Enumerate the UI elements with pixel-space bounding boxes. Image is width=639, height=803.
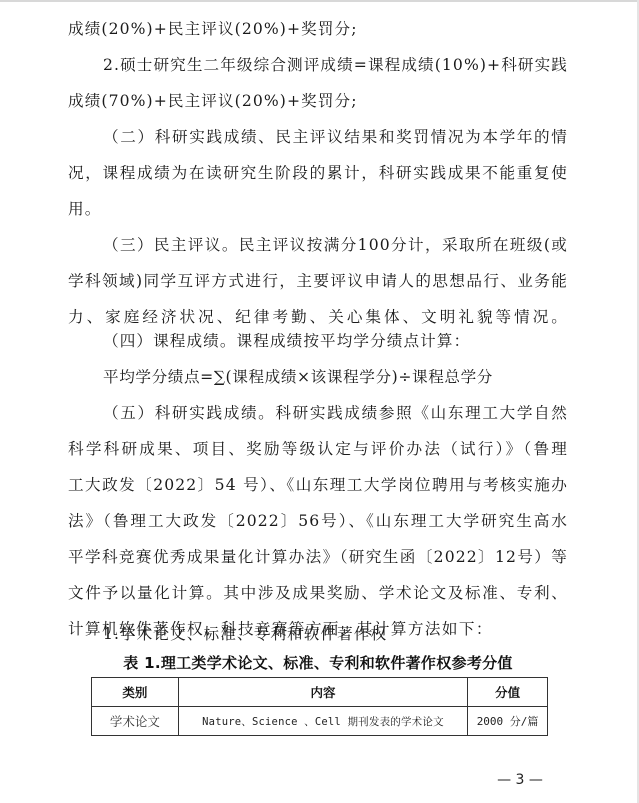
paragraph-line: 成绩(70%)+民主评议(20%)+奖罚分; — [68, 91, 568, 111]
cell-category: 学术论文 — [92, 707, 179, 736]
section-heading-2: （二）科研实践成绩、民主评议结果和奖罚情况为本学年的情 — [103, 127, 568, 147]
table-header-row: 类别 内容 分值 — [92, 678, 548, 707]
table-caption: 表 1.理工类学术论文、标准、专利和软件著作权参考分值 — [68, 652, 568, 673]
paragraph-line: 学科领域)同学互评方式进行，主要评议申请人的思想品行、业务能 — [68, 271, 568, 291]
paragraph-line: 成绩(20%)+民主评议(20%)+奖罚分; — [68, 19, 568, 39]
section-heading-4: （四）课程成绩。课程成绩按平均学分绩点计算： — [103, 331, 568, 351]
paragraph-line: 力、家庭经济状况、纪律考勤、关心集体、文明礼貌等情况。 — [68, 307, 568, 327]
paragraph-line: 文件予以量化计算。其中涉及成果奖励、学术论文及标准、专利、 — [68, 583, 568, 603]
paragraph-line: 况，课程成绩为在读研究生阶段的累计，科研实践成果不能重复使 — [68, 163, 568, 183]
section-heading-3: （三）民主评议。民主评议按满分100分计，采取所在班级(或 — [103, 235, 568, 255]
formula-line: 平均学分绩点=∑(课程成绩×该课程学分)÷课程总学分 — [103, 367, 543, 387]
cell-score: 2000 分/篇 — [468, 707, 548, 736]
paragraph-line: 工大政发〔2022〕54 号）、《山东理工大学岗位聘用与考核实施办 — [68, 475, 568, 495]
page-top-edge — [0, 0, 639, 2]
paragraph-line: 2.硕士研究生二年级综合测评成绩=课程成绩(10%)+科研实践 — [103, 55, 568, 75]
column-header-category: 类别 — [92, 678, 179, 707]
page-number: — 3 — — [480, 772, 560, 788]
column-header-content: 内容 — [178, 678, 467, 707]
subsection-heading-1: 1.学术论文、标准、专利和软件著作权 — [103, 624, 568, 644]
cell-content: Nature、Science 、Cell 期刊发表的学术论文 — [178, 707, 467, 736]
reference-score-table: 类别 内容 分值 学术论文 Nature、Science 、Cell 期刊发表的… — [91, 677, 548, 736]
paragraph-line: 用。 — [68, 199, 568, 219]
section-heading-5: （五）科研实践成绩。科研实践成绩参照《山东理工大学自然 — [103, 403, 568, 423]
paragraph-line: 法》（鲁理工大政发〔2022〕56号）、《山东理工大学研究生高水 — [68, 511, 568, 531]
paragraph-line: 平学科竞赛优秀成果量化计算办法》（研究生函〔2022〕12号）等 — [68, 547, 568, 567]
paragraph-line: 科学科研成果、项目、奖励等级认定与评价办法（试行）》（鲁理 — [68, 439, 568, 459]
table-row: 学术论文 Nature、Science 、Cell 期刊发表的学术论文 2000… — [92, 707, 548, 736]
column-header-score: 分值 — [468, 678, 548, 707]
